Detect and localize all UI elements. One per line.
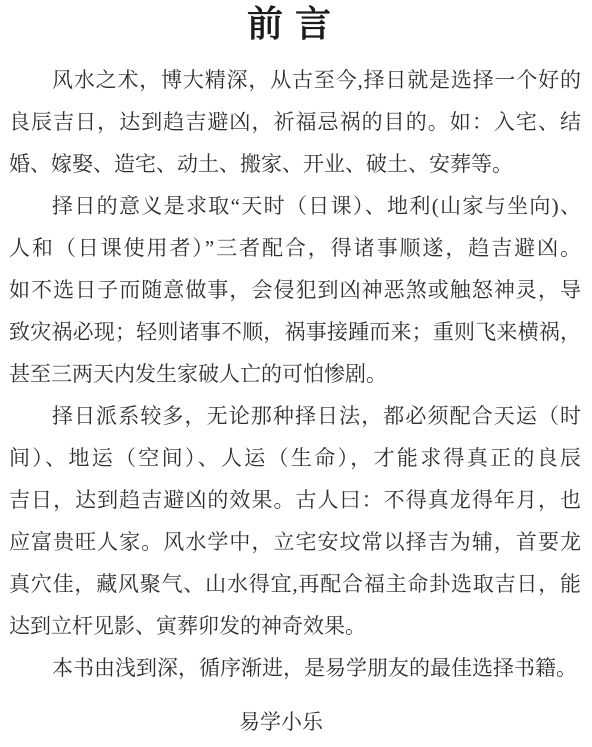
page-title: 前言 — [9, 4, 581, 44]
text-line: 应富贵旺人家。风水学中，立宅安坟常以择吉为辅，首要龙 — [9, 521, 581, 563]
text-line: 择日派系较多，无论那种择日法，都必须配合天运（时 — [9, 395, 581, 437]
paragraph-4: 本书由浅到深，循序渐进，是易学朋友的最佳选择书籍。 — [9, 647, 581, 689]
text-line: 风水之术，博大精深，从古至今,择日就是选择一个好的 — [9, 59, 581, 101]
author-signature: 易学小乐 — [9, 701, 581, 743]
document-page: 前言 风水之术，博大精深，从古至今,择日就是选择一个好的 良辰吉日，达到趋吉避凶… — [0, 0, 592, 747]
text-line: 甚至三两天内发生家破人亡的可怕惨剧。 — [9, 353, 581, 395]
paragraph-2: 择日的意义是求取“天时（日课）、地利(山家与坐向)、 人和（日课使用者）”三者配… — [9, 185, 581, 395]
text-line: 人和（日课使用者）”三者配合，得诸事顺遂，趋吉避凶。 — [9, 227, 581, 269]
text-line: 如不选日子而随意做事，会侵犯到凶神恶煞或触怒神灵，导 — [9, 269, 581, 311]
text-line: 良辰吉日，达到趋吉避凶，祈福忌祸的目的。如：入宅、结 — [9, 101, 581, 143]
text-line: 本书由浅到深，循序渐进，是易学朋友的最佳选择书籍。 — [9, 647, 581, 689]
text-line: 吉日，达到趋吉避凶的效果。古人曰：不得真龙得年月，也 — [9, 479, 581, 521]
text-line: 达到立杆见影、寅葬卯发的神奇效果。 — [9, 605, 581, 647]
paragraph-1: 风水之术，博大精深，从古至今,择日就是选择一个好的 良辰吉日，达到趋吉避凶，祈福… — [9, 59, 581, 185]
text-line: 真穴佳，藏风聚气、山水得宜,再配合福主命卦选取吉日，能 — [9, 563, 581, 605]
text-line: 间）、地运（空间）、人运（生命），才能求得真正的良辰 — [9, 437, 581, 479]
text-line: 择日的意义是求取“天时（日课）、地利(山家与坐向)、 — [9, 185, 581, 227]
paragraph-3: 择日派系较多，无论那种择日法，都必须配合天运（时 间）、地运（空间）、人运（生命… — [9, 395, 581, 647]
text-line: 致灾祸必现；轻则诸事不顺，祸事接踵而来；重则飞来横祸， — [9, 311, 581, 353]
text-line: 婚、嫁娶、造宅、动土、搬家、开业、破土、安葬等。 — [9, 143, 581, 185]
